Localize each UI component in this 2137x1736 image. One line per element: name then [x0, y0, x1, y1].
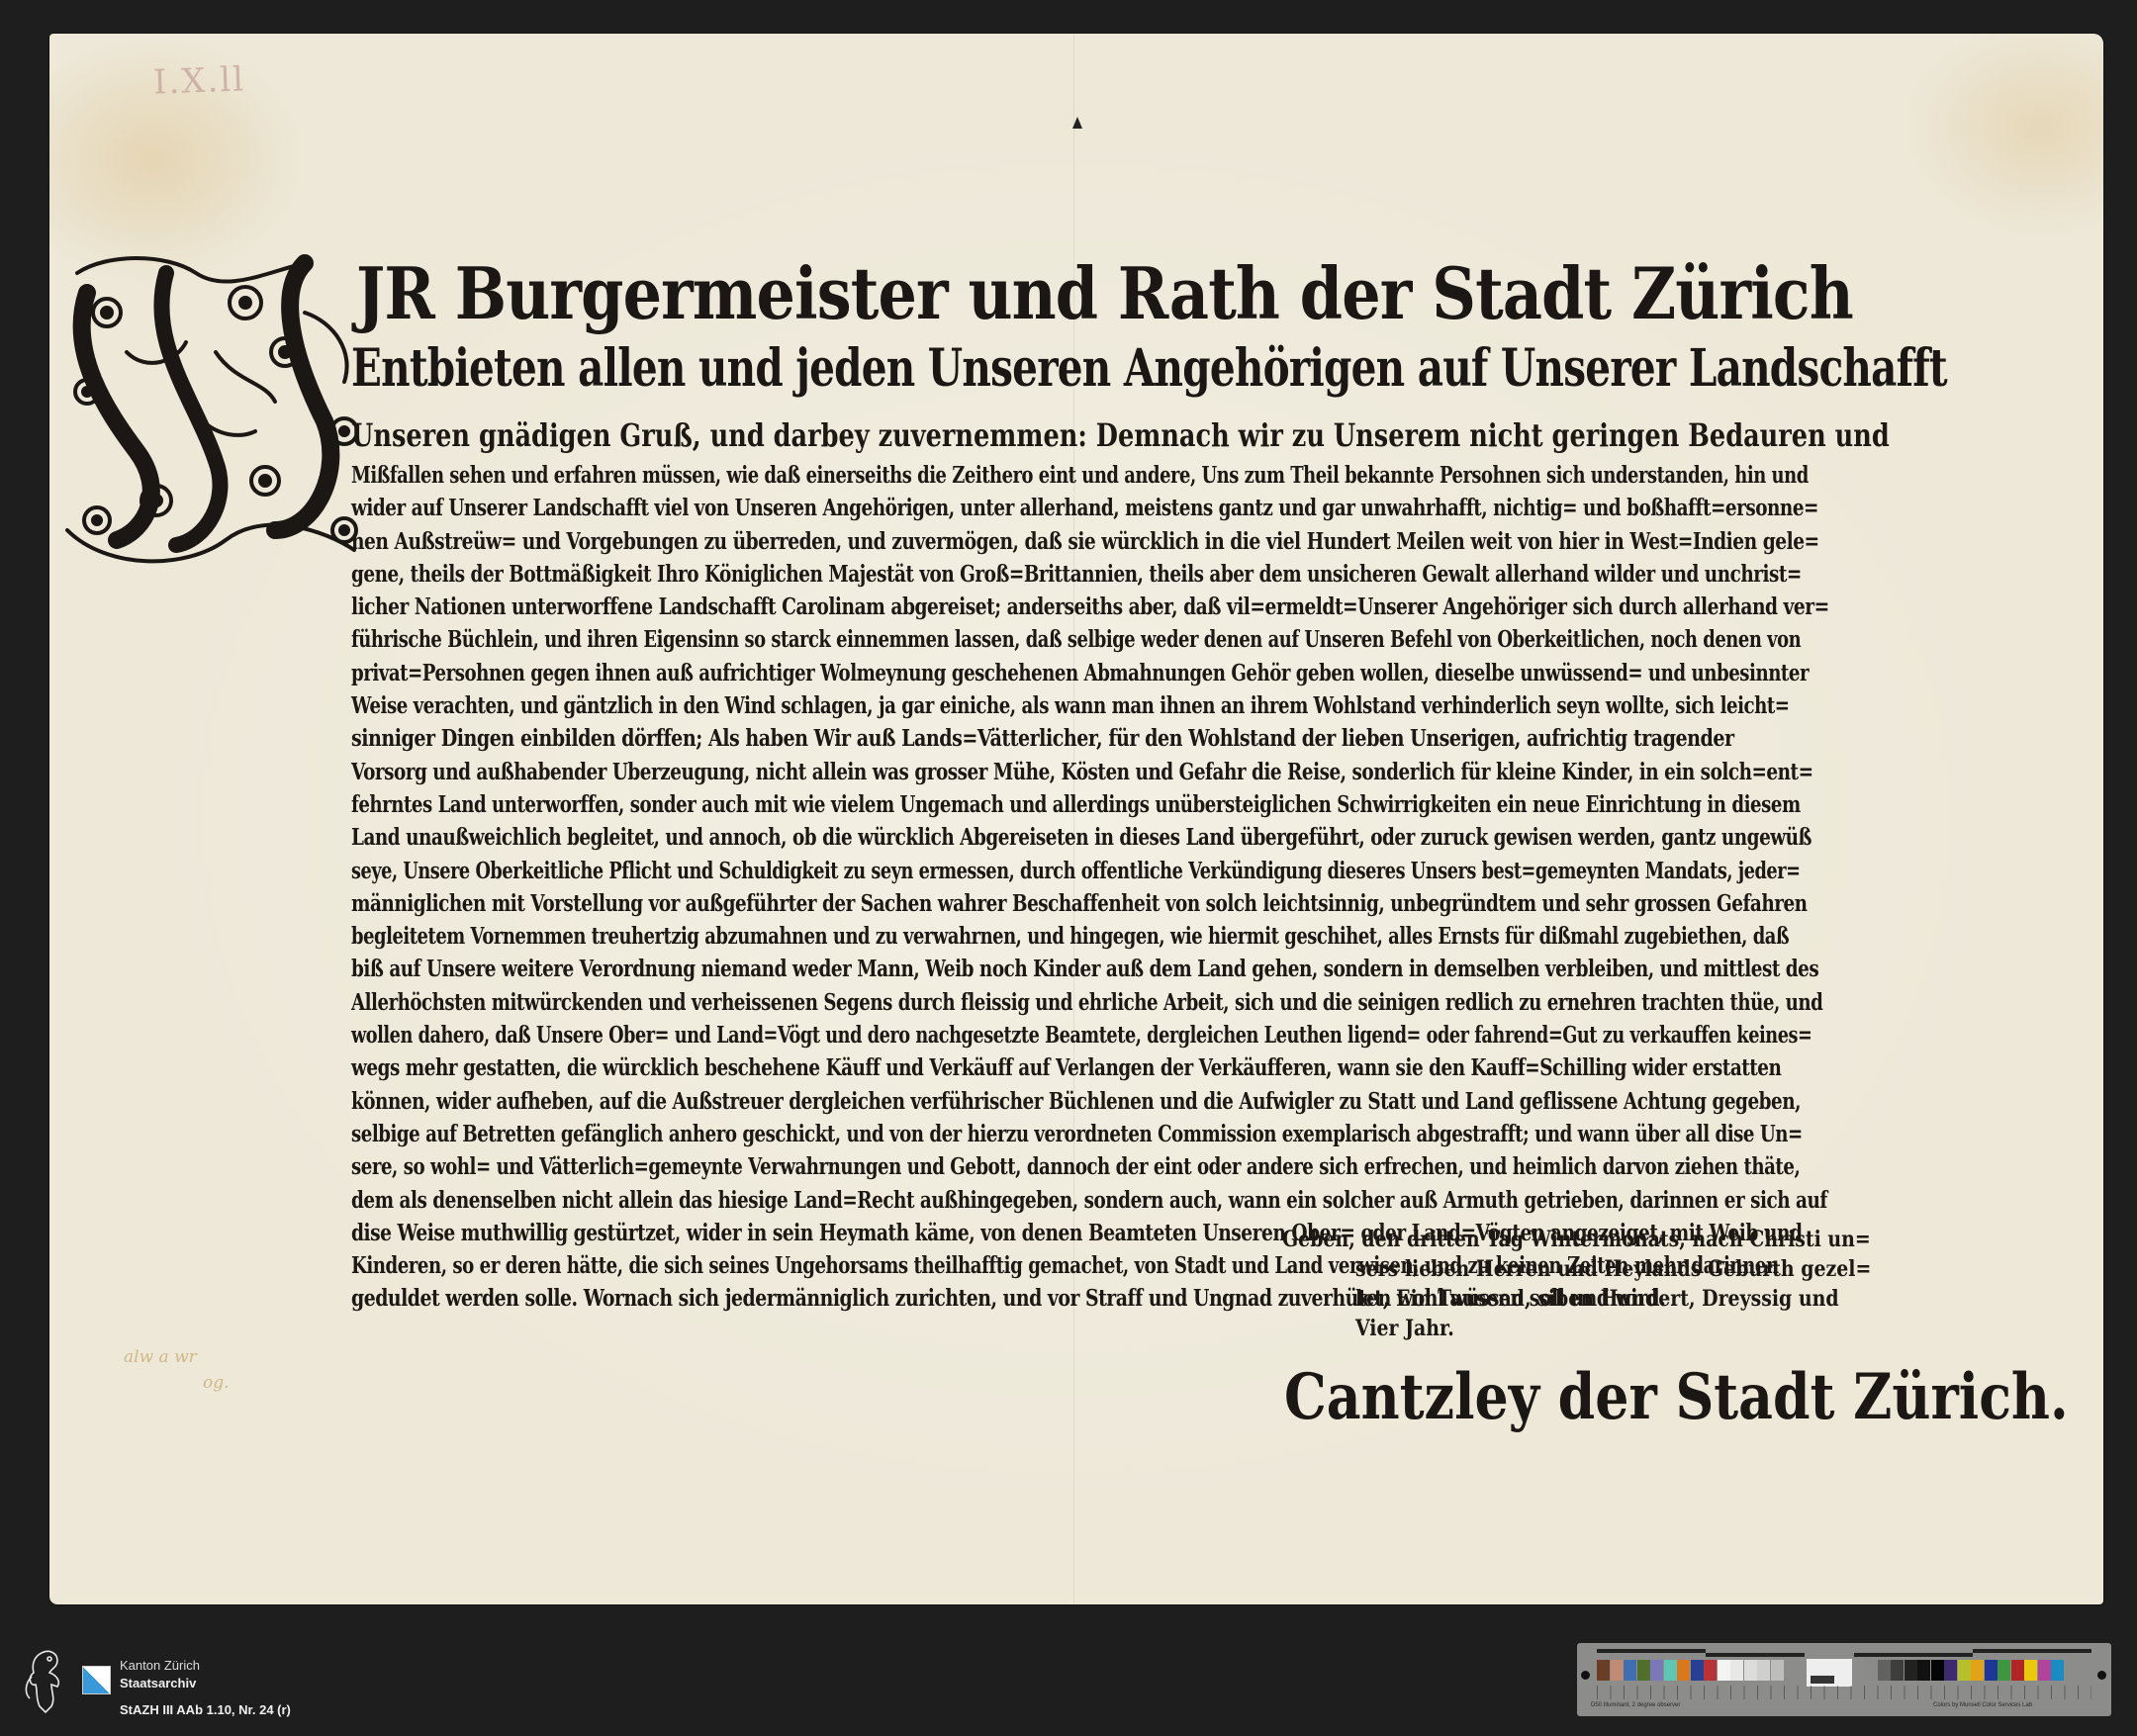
swatches-left	[1597, 1660, 1784, 1681]
body-line: wegs mehr gestatten, die würcklich besch…	[351, 1051, 1546, 1084]
mount-hole	[2097, 1671, 2106, 1680]
mount-hole	[1581, 1671, 1590, 1680]
swatch-value-grid	[1597, 1686, 2091, 1699]
body-line: Weise verachten, und gäntzlich in den Wi…	[351, 689, 1532, 722]
heading-line-2: Entbieten allen und jeden Unseren Angehö…	[351, 338, 1947, 399]
body-line: sinniger Dingen einbilden dörffen; Als h…	[351, 722, 1591, 755]
zurich-flag-icon	[82, 1666, 111, 1694]
archive-pencil-mark: I.X.ll	[152, 59, 245, 102]
target-caption-left: D50 Illuminant, 2 degree observer	[1591, 1702, 1680, 1708]
scale-stripe	[1973, 1649, 2091, 1653]
archive-name: Staatsarchiv	[120, 1676, 196, 1690]
body-line: Mißfallen sehen und erfahren müssen, wie…	[351, 459, 1517, 492]
scale-stripe	[1706, 1653, 1805, 1657]
institution-name: Kanton Zürich	[120, 1658, 200, 1673]
body-line: licher Nationen unterworffene Landschaff…	[351, 591, 1561, 623]
printer-mark	[1072, 117, 1082, 129]
body-line: wollen dahero, daß Unsere Ober= und Land…	[351, 1019, 1502, 1051]
body-line: Allerhöchsten mitwürckenden und verheiss…	[351, 986, 1532, 1019]
dating-clause: Geben, den dritten Tag Wintermonats, nac…	[1282, 1225, 1967, 1343]
ghost-note-line: og.	[124, 1370, 230, 1396]
mandate-body: Unseren gnädigen Gruß, und darbey zuvern…	[351, 411, 1845, 1316]
body-line: seye, Unsere Oberkeitliche Pflicht und S…	[351, 855, 1502, 887]
chancellery-signature: Cantzley der Stadt Zürich.	[1284, 1360, 2069, 1434]
body-line: begleitetem Vornemmen treuhertzig abzuma…	[351, 920, 1517, 953]
body-line: Unseren gnädigen Gruß, und darbey zuvern…	[351, 411, 1546, 459]
body-line: führische Büchlein, und ihren Eigensinn …	[351, 623, 1517, 656]
ghost-note-line: alw a wr	[124, 1344, 230, 1370]
body-line: nen Außstreüw= und Vorgebungen zu überre…	[351, 525, 1561, 558]
body-line: gene, theils der Bottmäßigkeit Ihro Köni…	[351, 558, 1546, 591]
body-line: biß auf Unsere weitere Verordnung nieman…	[351, 953, 1546, 985]
zurich-lion-icon	[22, 1647, 69, 1716]
body-line: dem als denenselben nicht allein das hie…	[351, 1184, 1546, 1217]
body-line: Land unaußweichlich begleitet, und annoc…	[351, 821, 1546, 854]
body-line: können, wider aufheben, auf die Außstreu…	[351, 1085, 1546, 1118]
body-line: wider auf Unserer Landschafft viel von U…	[351, 492, 1546, 524]
body-line: privat=Persohnen gegen ihnen auß aufrich…	[351, 657, 1532, 689]
body-line: Vorsorg und außhabender Uberzeugung, nic…	[351, 756, 1546, 788]
body-line: sere, so wohl= und Vätterlich=gemeynte V…	[351, 1150, 1532, 1183]
archive-signature: StAZH III AAb 1.10, Nr. 24 (r)	[120, 1702, 291, 1717]
heading-line-1: JR Burgermeister und Rath der Stadt Züri…	[356, 251, 1853, 335]
dating-line: Vier Jahr.	[1282, 1314, 1871, 1343]
decorated-initial-w-icon	[47, 233, 379, 575]
scale-stripe	[1854, 1653, 1973, 1657]
body-line: fehrntes Land unterworffen, sonder auch …	[351, 788, 1532, 821]
body-line: selbige auf Betretten gefänglich anhero …	[351, 1118, 1532, 1150]
color-calibration-target: D50 Illuminant, 2 degree observer Colors…	[1577, 1643, 2111, 1716]
resolution-target	[1807, 1659, 1852, 1687]
scale-stripe	[1597, 1649, 1706, 1653]
dating-line: let, Ein Tausend, siben Hundert, Dreyssi…	[1282, 1284, 1871, 1314]
swatches-right	[1864, 1660, 2065, 1681]
dating-line: Geben, den dritten Tag Wintermonats, nac…	[1282, 1225, 1871, 1254]
ghost-note: alw a wr og.	[124, 1344, 230, 1396]
target-caption-right: Colors by Munsell Color Services Lab	[1933, 1702, 2032, 1708]
dating-line: sers lieben Herren und Heylands Geburth …	[1282, 1254, 1871, 1284]
body-line: männiglichen mit Vorstellung vor außgefü…	[351, 887, 1546, 920]
